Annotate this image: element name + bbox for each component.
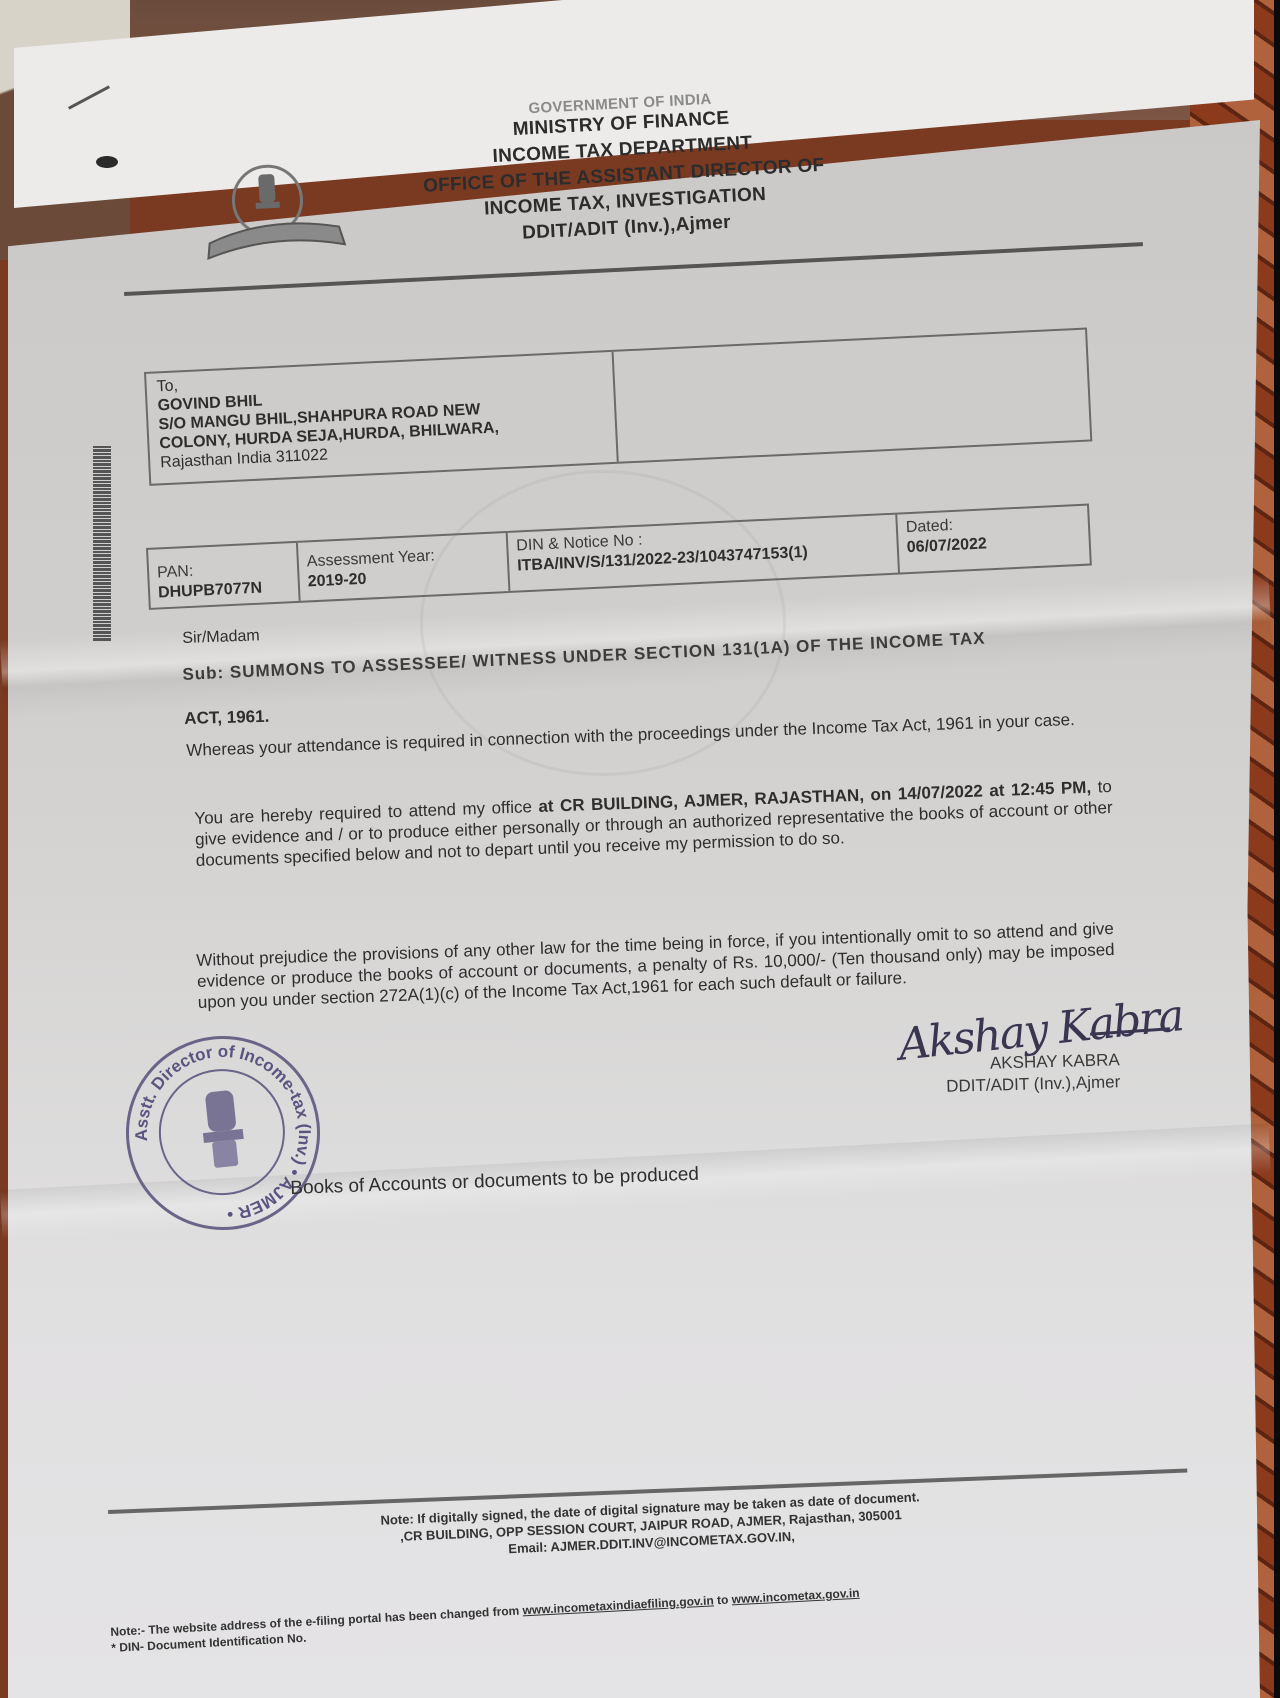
assessment-year-cell: Assessment Year: 2019-20 xyxy=(298,533,510,601)
signer-block: AKSHAY KABRA DDIT/ADIT (Inv.),Ajmer xyxy=(909,1049,1120,1098)
official-stamp: Asstt. Director of Income-tax (Inv.) • A… xyxy=(116,1026,329,1239)
barcode xyxy=(93,446,111,642)
website-note-to: to xyxy=(713,1592,732,1607)
subject-continuation: ACT, 1961. xyxy=(184,706,270,729)
income-tax-emblem-icon xyxy=(195,156,350,264)
ashoka-emblem-icon: Asstt. Director of Income-tax (Inv.) • A… xyxy=(120,1030,327,1237)
summons-document: GOVERNMENT OF INDIA MINISTRY OF FINANCE … xyxy=(0,0,1280,1698)
dated-cell: Dated: 06/07/2022 xyxy=(897,506,1090,573)
punch-hole xyxy=(96,156,118,168)
salutation: Sir/Madam xyxy=(182,625,260,649)
letterhead: GOVERNMENT OF INDIA MINISTRY OF FINANCE … xyxy=(380,85,867,254)
box-divider xyxy=(612,352,619,462)
pan-cell: PAN: DHUPB7077N xyxy=(148,543,301,608)
